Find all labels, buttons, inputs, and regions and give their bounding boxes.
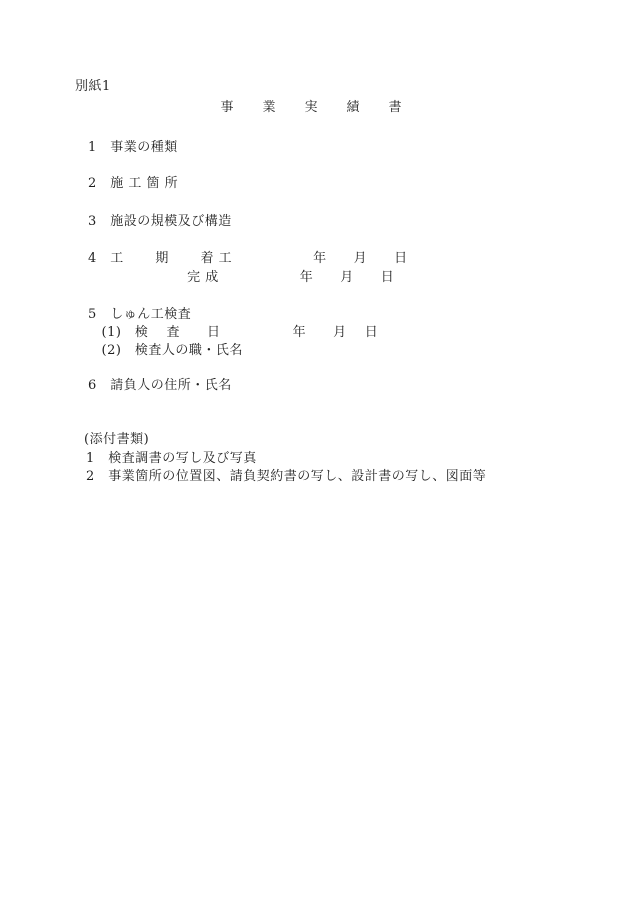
item-construction-period-completion: 完 成 年 月 日 [88, 271, 394, 285]
item-business-type: 1 事業の種類 [88, 141, 178, 155]
item-construction-site: 2 施 工 箇 所 [88, 177, 178, 191]
document-title: 事 業 実 績 書 [0, 101, 630, 115]
item-contractor-address-name: 6 請負人の住所・氏名 [88, 379, 232, 393]
item-inspector-title-name: (2) 検査人の職・氏名 [88, 344, 243, 358]
item-inspection-date: (1) 検 査 日 年 月 日 [88, 326, 378, 340]
item-construction-period-start: 4 工 期 着 工 年 月 日 [88, 252, 408, 266]
attachment-inspection-report: 1 検査調書の写し及び写真 [86, 452, 257, 466]
item-completion-inspection: 5 しゅん工検査 [88, 308, 191, 322]
item-facility-scale-structure: 3 施設の規模及び構造 [88, 215, 232, 229]
attachment-location-map-contract: 2 事業箇所の位置図、請負契約書の写し、設計書の写し、図面等 [86, 470, 486, 484]
attachments-heading: (添付書類) [84, 433, 149, 447]
document-page: 別紙1 事 業 実 績 書 1 事業の種類 2 施 工 箇 所 3 施設の規模及… [0, 0, 630, 903]
sheet-label: 別紙1 [75, 80, 111, 94]
